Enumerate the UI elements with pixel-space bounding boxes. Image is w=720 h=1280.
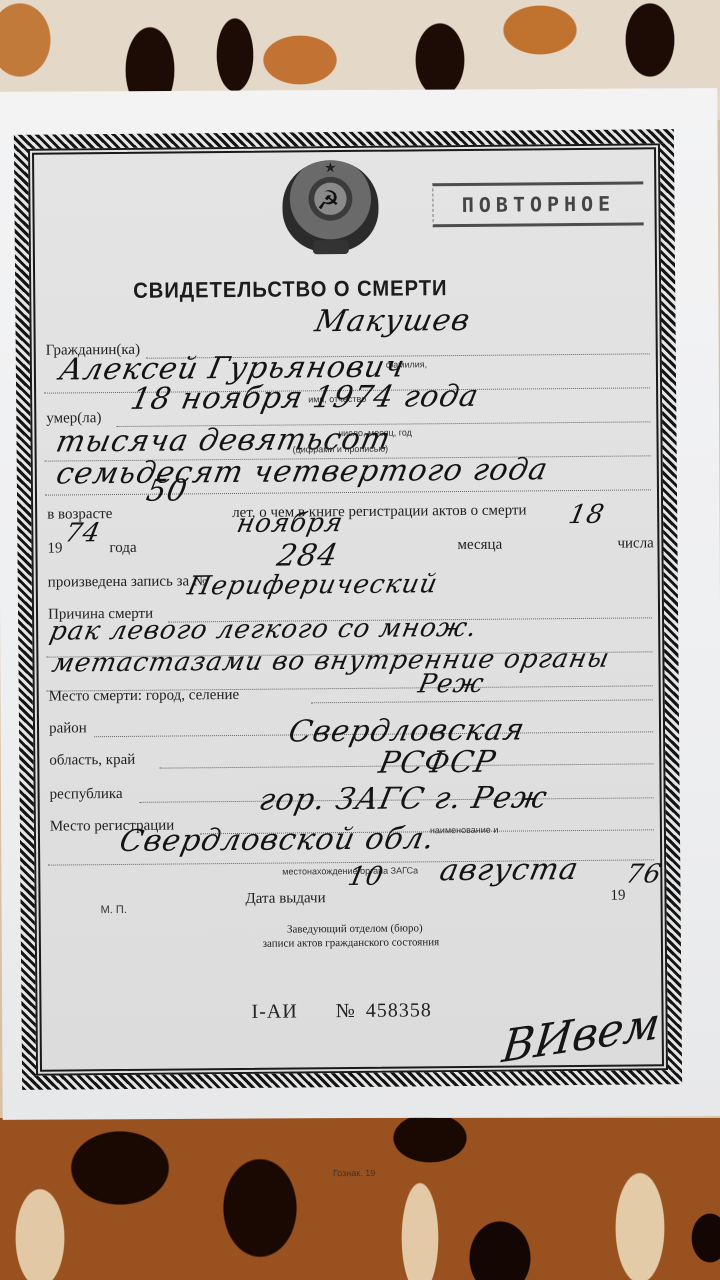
seal-place-label: М. П. (101, 904, 127, 916)
issue-year-prefix: 19 (610, 888, 625, 905)
year-prefix: 19 (47, 540, 62, 557)
year-label: года (109, 540, 136, 557)
ussr-coat-of-arms-icon: ★☭ (282, 160, 379, 253)
republic-value: РСФСР (376, 745, 499, 781)
place-of-death-label: Место смерти: город, селение (49, 687, 240, 706)
issue-month-value: августа (437, 852, 582, 888)
age-value: 50 (143, 473, 190, 508)
document-title: СВИДЕТЕЛЬСТВО О СМЕРТИ (133, 275, 447, 304)
reg-year-value: 74 (62, 518, 103, 548)
region-label: область, край (49, 752, 135, 770)
cause-line-1: Периферический (185, 569, 441, 601)
day-label: числа (617, 535, 654, 552)
death-date-value: 18 ноября 1974 года (128, 379, 482, 417)
head-label-2: записи актов гражданского состояния (221, 935, 481, 951)
registration-place-value-2: Свердловской обл. (116, 821, 438, 859)
surname-value: Макушев (312, 303, 474, 339)
district-label: район (49, 720, 87, 737)
record-label: произведена запись за № (48, 573, 208, 591)
certificate-number: 458358 (366, 999, 432, 1022)
cause-line-4: Реж (416, 669, 488, 700)
republic-label: республика (50, 786, 123, 804)
carpet-background-bottom (0, 1118, 720, 1280)
certificate-serial: I-АИ№458358 (251, 999, 470, 1024)
record-number-value: 284 (274, 538, 341, 574)
duplicate-stamp: ПОВТОРНОЕ (432, 181, 643, 227)
registration-hint: наименование и (430, 825, 498, 836)
death-certificate-form: ★☭ ПОВТОРНОЕ СВИДЕТЕЛЬСТВО О СМЕРТИ Граж… (14, 129, 682, 1090)
issue-year-value: 76 (623, 859, 664, 889)
reg-month-value: ноября (234, 508, 346, 539)
cause-line-2: рак левого легкого со множ. (47, 613, 480, 647)
issue-day-value: 10 (345, 862, 386, 892)
reg-day-value: 18 (566, 500, 607, 530)
print-info: Гознак. 19 (333, 1168, 375, 1178)
month-label: месяца (457, 537, 502, 554)
series: I-АИ (251, 1000, 297, 1022)
number-prefix: № (336, 1000, 356, 1022)
cause-line-3: метастазами во внутренние органы (49, 644, 612, 679)
issue-date-label: Дата выдачи (245, 890, 325, 908)
death-date-words-2: семьдесят четвертого года (53, 452, 551, 491)
registration-place-value: гор. ЗАГС г. Реж (256, 780, 551, 818)
